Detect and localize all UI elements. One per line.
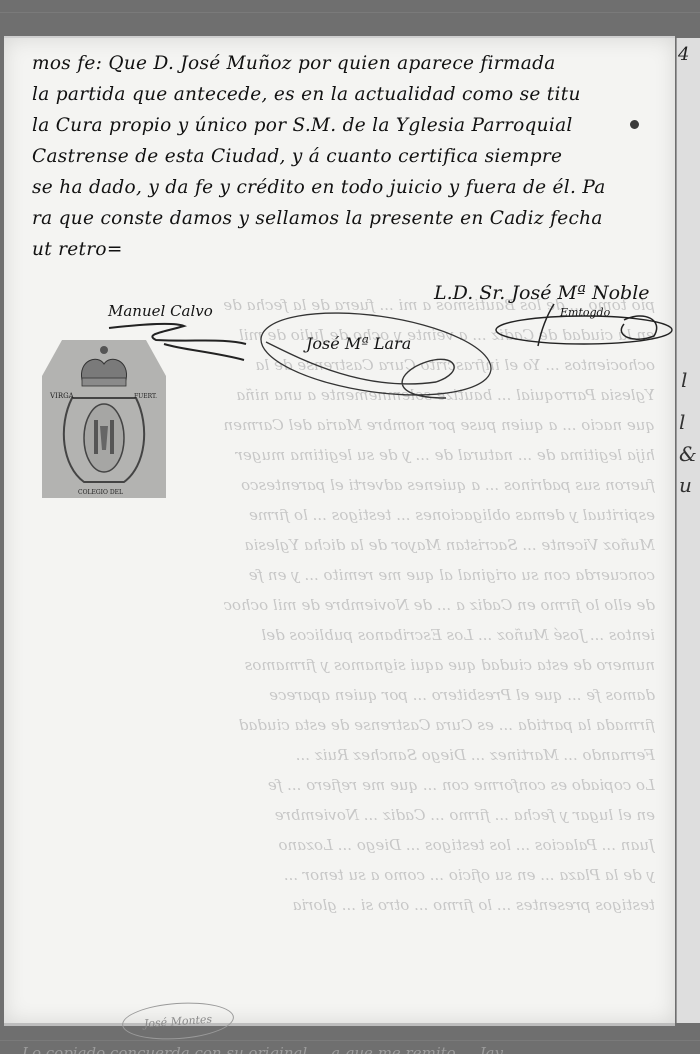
signature-jose-lara: José Mª Lara bbox=[306, 334, 411, 353]
body-line: la partida que antecede, es en la actual… bbox=[32, 79, 652, 110]
body-line: Castrense de esta Ciudad, y á cuanto cer… bbox=[32, 141, 652, 172]
body-line: mos fe: Que D. José Muñoz por quien apar… bbox=[32, 48, 652, 79]
page-number: 4 bbox=[678, 44, 689, 65]
body-line: ra que conste damos y sellamos la presen… bbox=[32, 203, 652, 234]
svg-text:COLEGIO DEL: COLEGIO DEL bbox=[78, 489, 123, 496]
svg-text:VIRGA: VIRGA bbox=[49, 392, 75, 400]
grid-line bbox=[0, 12, 700, 13]
adjacent-page-edge: l l & u bbox=[676, 38, 700, 1023]
notarial-seal-icon: VIRGA FUERT. COLEGIO DEL bbox=[38, 336, 170, 508]
certificate-body: mos fe: Que D. José Muñoz por quien apar… bbox=[32, 48, 652, 265]
manuscript-page: pio tomo ... de los Bautismos a mi ... f… bbox=[4, 36, 675, 1026]
ink-blot bbox=[630, 120, 639, 129]
body-line: se ha dado, y da fe y crédito en todo ju… bbox=[32, 172, 652, 203]
bottom-faint-line: Lo copiado concuerda con su original ...… bbox=[22, 1044, 503, 1054]
grid-line bbox=[0, 1040, 700, 1041]
signature-lara-oval-flourish-icon bbox=[256, 302, 496, 412]
body-line: ut retro= bbox=[32, 234, 652, 265]
signature-manuel-calvo: Manuel Calvo bbox=[108, 302, 213, 320]
signature-noble-flourish-icon bbox=[474, 300, 674, 350]
svg-text:FUERT.: FUERT. bbox=[134, 393, 157, 400]
body-line: la Cura propio y único por S.M. de la Yg… bbox=[32, 110, 652, 141]
